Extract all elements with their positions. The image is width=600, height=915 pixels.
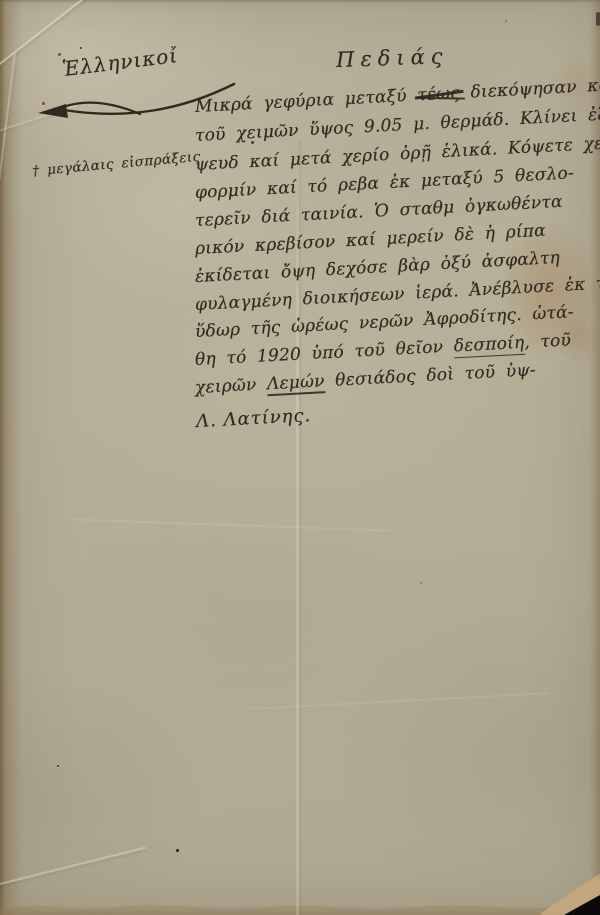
page-title: Πεδιάς: [336, 44, 449, 72]
paper-edge-left-inner: [0, 0, 5, 915]
underlined-word: Λεμών: [266, 371, 325, 396]
line-text: χειρῶν: [194, 374, 267, 398]
edge-notch: [596, 12, 600, 26]
paper-edge-top: [0, 0, 600, 3]
scanned-page: Πεδιάς Ἑλληνικοί † μεγάλαις εἰσπράξεις Μ…: [0, 0, 600, 915]
struck-word: τέως: [417, 82, 461, 107]
line-text: , τοῦ: [524, 330, 572, 352]
underlined-word: δεσποίη: [453, 333, 525, 359]
